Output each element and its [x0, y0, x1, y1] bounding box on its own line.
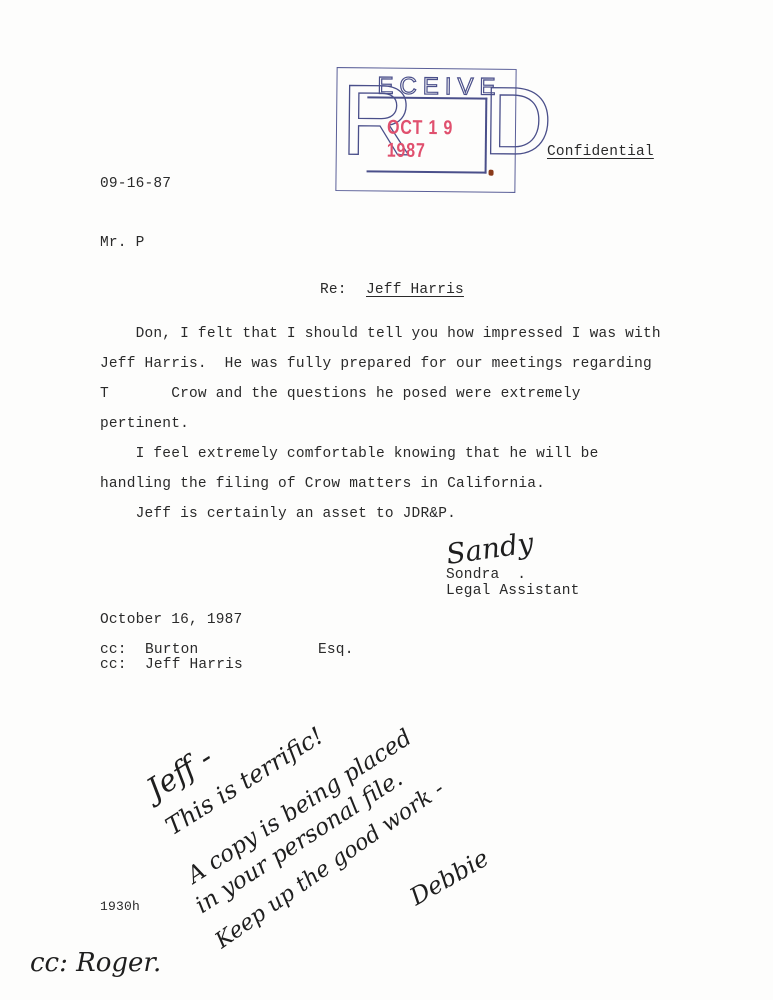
body-line: handling the filing of Crow matters in C… — [100, 477, 545, 492]
addressee: Mr. P — [100, 236, 145, 251]
ink-spot — [489, 170, 494, 176]
re-subject: Jeff Harris — [366, 283, 464, 298]
letter-date: 09-16-87 — [100, 177, 171, 192]
body-line: pertinent. — [100, 417, 189, 432]
cc2-label: cc: — [100, 658, 127, 673]
re-label: Re: — [320, 283, 347, 298]
body-line: T Crow and the questions he posed were e… — [100, 387, 581, 402]
body-line: I feel extremely comfortable knowing tha… — [100, 447, 598, 462]
note-cc: cc: Roger. — [30, 948, 161, 978]
signer-name: Sondra . — [446, 568, 526, 583]
handwritten-note: Jeff - This is terrific! A copy is being… — [150, 705, 510, 945]
footer-date: October 16, 1987 — [100, 613, 242, 628]
confidential-label: Confidential — [547, 145, 654, 160]
document-code: 1930h — [100, 900, 140, 913]
signer-title: Legal Assistant — [446, 584, 580, 599]
stamp-date: OCT 1 9 1987 — [387, 117, 490, 164]
signature-handwritten: Sandy — [444, 526, 535, 571]
cc1-name: Burton — [145, 643, 198, 658]
body-line: Don, I felt that I should tell you how i… — [100, 327, 661, 342]
cc1-label: cc: — [100, 643, 127, 658]
note-signature: Debbie — [405, 844, 494, 911]
body-line: Jeff is certainly an asset to JDR&P. — [100, 507, 456, 522]
cc2-name: Jeff Harris — [145, 658, 243, 673]
stamp-d: D — [483, 74, 553, 171]
cc1-suffix: Esq. — [318, 643, 354, 658]
body-line: Jeff Harris. He was fully prepared for o… — [100, 357, 652, 372]
received-stamp: R ECEIVE D OCT 1 9 1987 — [335, 67, 516, 193]
